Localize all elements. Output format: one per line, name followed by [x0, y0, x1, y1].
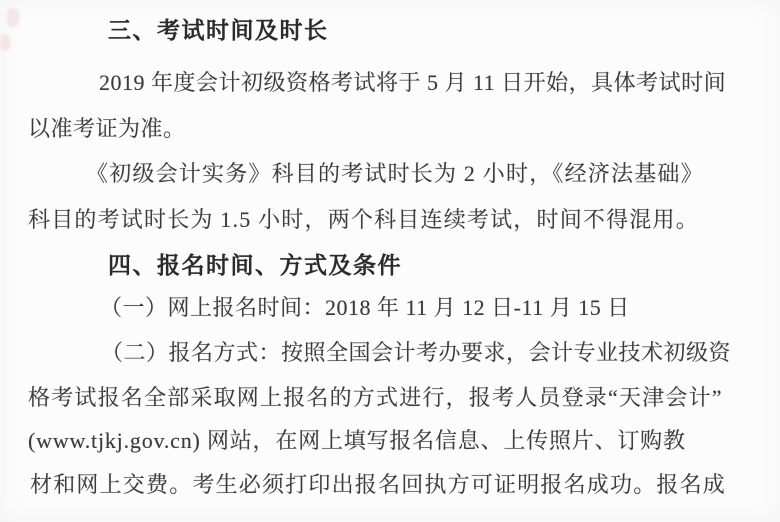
line-registration-confirm: 材和网上交费。考生必须打印出报名回执方可证明报名成功。报名成	[30, 468, 726, 499]
scan-artifact-mark	[7, 8, 20, 27]
line-admission-ticket: 以准考证为准。	[28, 112, 186, 143]
heading-section-3-exam-time: 三、考试时间及时长	[108, 12, 329, 45]
line-exam-start-date: 2019 年度会计初级资格考试将于 5 月 11 日开始，具体考试时间	[99, 66, 726, 97]
line-registration-website: (www.tjkj.gov.cn) 网站，在网上填写报名信息、上传照片、订购教	[28, 424, 686, 455]
line-registration-method: （二）报名方式：按照全国会计考办要求，会计专业技术初级资	[101, 336, 731, 367]
line-registration-login: 格考试报名全部采取网上报名的方式进行，报考人员登录“天津会计”	[28, 381, 723, 412]
line-subject-duration-2: 科目的考试时长为 1.5 小时，两个科目连续考试，时间不得混用。	[28, 203, 699, 234]
line-online-registration-time: （一）网上报名时间：2018 年 11 月 12 日-11 月 15 日	[100, 291, 630, 322]
heading-section-4-registration: 四、报名时间、方式及条件	[108, 247, 402, 280]
scan-artifact-mark	[0, 34, 11, 51]
line-subject-duration-1: 《初级会计实务》科目的考试时长为 2 小时，《经济法基础》	[86, 157, 704, 188]
document-page: 三、考试时间及时长 2019 年度会计初级资格考试将于 5 月 11 日开始，具…	[0, 0, 780, 522]
